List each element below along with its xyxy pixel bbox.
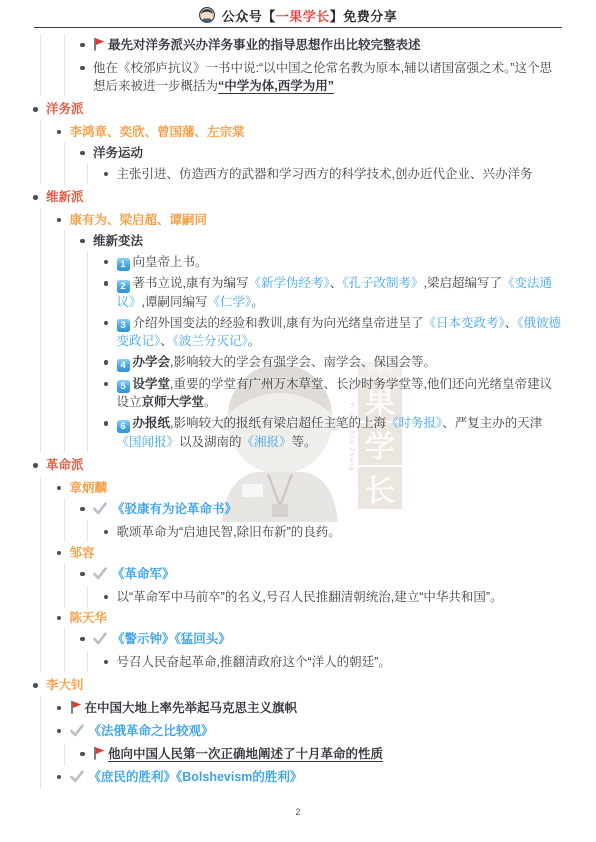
indent-guide (87, 586, 88, 607)
check-icon (70, 724, 84, 742)
indent-guide (64, 563, 65, 586)
text-run: 维新变法 (93, 234, 143, 248)
bullet-dot (104, 595, 109, 600)
text-run: 李大钊 (46, 678, 84, 692)
bullet-dot (104, 660, 109, 665)
number-badge-1-icon: 1 (117, 258, 130, 271)
outline-item: 最先对洋务派兴办洋务事业的指导思想作出比较完整表述 (0, 34, 562, 57)
indent-guide (40, 498, 41, 521)
text-run: 、 (505, 316, 518, 330)
bullet-dot (80, 43, 85, 48)
flag-icon (93, 37, 105, 56)
indent-guide (64, 586, 65, 607)
outline-item: 5设学堂,重要的学堂有广州万木草堂、长沙时务学堂等,他们还向光绪皇帝建议设立京师… (0, 373, 562, 413)
text-run: 著书立说,康有为编写 (133, 276, 249, 290)
indent-guide (40, 521, 41, 542)
indent-guide (40, 607, 41, 628)
text-run: 、 (330, 276, 343, 290)
indent-guide (40, 720, 41, 743)
text-run: 《日本变政考》 (423, 316, 504, 330)
indent-guide (40, 413, 41, 453)
text-run: 以“革命军中马前卒”的名义,号召人民推翻清朝统治,建立“中华共和国”。 (117, 590, 503, 604)
text-run: 京师大学堂 (142, 395, 205, 409)
outline-item: 《庶民的胜利》《Bolshevism的胜利》 (0, 766, 562, 789)
text-run: 《时务报》 (386, 416, 442, 430)
page-footer: 2 (0, 802, 596, 820)
outline-item: 号召人民奋起革命,推翻清政府这个“洋人的朝廷”。 (0, 651, 562, 672)
outline-item: 《警示钟》《猛回头》 (0, 628, 562, 651)
outline-item: 李鸿章、奕欣、曾国藩、左宗棠 (0, 121, 562, 142)
text-run: 在中国大地上率先举起马克思主义旗帜 (85, 701, 298, 715)
text-run: 《驳康有为论革命书》 (112, 502, 237, 516)
indent-guide (87, 373, 88, 413)
bullet-dot (57, 616, 62, 621)
indent-guide (40, 209, 41, 230)
indent-guide (40, 273, 41, 313)
text-run: 。 (248, 334, 261, 348)
bullet-dot (80, 239, 85, 244)
text-run: 号召人民奋起革命,推翻清政府这个“洋人的朝廷”。 (117, 655, 391, 669)
indent-guide (40, 312, 41, 352)
text-run: 维新派 (46, 190, 84, 204)
text-run: “中学为体,西学为用” (218, 79, 334, 93)
outline-item: 以“革命军中马前卒”的名义,号召人民推翻清朝统治,建立“中华共和国”。 (0, 586, 562, 607)
bullet-dot (80, 66, 85, 71)
outline-item: 《驳康有为论革命书》 (0, 498, 562, 521)
indent-guide (64, 57, 65, 96)
bullet-dot (57, 486, 62, 491)
number-badge-3-icon: 3 (117, 319, 130, 332)
text-run: 《湘报》 (242, 435, 292, 449)
text-run: 《警示钟》《猛回头》 (112, 632, 231, 646)
bullet-dot (33, 107, 38, 112)
outline-item: 2著书立说,康有为编写《新学伪经考》、《孔子改制考》,梁启超编写了《变法通议》,… (0, 273, 562, 313)
indent-guide (40, 57, 41, 96)
brand-avatar-icon (199, 7, 215, 23)
text-run: 《国闻报》 (117, 435, 180, 449)
outline-item: 维新变法 (0, 230, 562, 251)
bullet-dot (104, 360, 109, 365)
outline-item: 洋务派 (0, 96, 562, 121)
text-run: 邹容 (70, 546, 95, 560)
text-run: 介绍外国变法的经验和教训,康有为向光绪皇帝进呈了 (133, 316, 424, 330)
header-divider (34, 27, 562, 28)
outline-item: 革命派 (0, 452, 562, 477)
bullet-dot (57, 130, 62, 135)
outline-item: 他向中国人民第一次正确地阐述了十月革命的性质 (0, 743, 562, 766)
indent-guide (40, 163, 41, 184)
indent-guide (40, 142, 41, 163)
text-run: ,影响较大的报纸有梁启超任主笔的上海 (170, 416, 386, 430)
text-run: 、 (160, 334, 173, 348)
bullet-dot (80, 151, 85, 156)
text-run: ,梁启超编写了 (424, 276, 502, 290)
indent-guide (87, 251, 88, 273)
text-run: 等。 (292, 435, 317, 449)
indent-guide (40, 121, 41, 142)
text-run: 革命派 (46, 458, 84, 472)
bullet-dot (104, 321, 109, 326)
bullet-dot (57, 218, 62, 223)
text-run: ,谭嗣同编写 (142, 295, 208, 309)
text-run: 洋务派 (46, 102, 84, 116)
text-run: 《仁学》 (208, 295, 252, 309)
header-title: 公众号【一果学长】免费分享 (222, 6, 398, 25)
text-run: 他向中国人民第一次正确地阐述了十月革命的性质 (108, 747, 383, 761)
check-icon (70, 770, 84, 788)
bullet-dot (80, 572, 85, 577)
indent-guide (87, 651, 88, 672)
indent-guide (64, 628, 65, 651)
indent-guide (87, 163, 88, 184)
text-run: 《新学伪经考》 (248, 276, 329, 290)
bullet-dot (80, 752, 85, 757)
number-badge-2-icon: 2 (117, 280, 130, 293)
indent-guide (64, 352, 65, 374)
check-icon (93, 567, 107, 585)
indent-guide (40, 373, 41, 413)
text-run: 《波兰分灭记》 (173, 334, 248, 348)
bullet-dot (80, 637, 85, 642)
bullet-dot (104, 421, 109, 426)
text-run: 。 (251, 295, 264, 309)
indent-guide (40, 743, 41, 766)
indent-guide (87, 413, 88, 453)
indent-guide (64, 163, 65, 184)
indent-guide (40, 563, 41, 586)
page-number: 2 (295, 807, 300, 817)
bullet-dot (57, 706, 62, 711)
outline-item: 康有为、梁启超、谭嗣同 (0, 209, 562, 230)
indent-guide (87, 352, 88, 374)
indent-guide (40, 651, 41, 672)
text-run: 《革命军》 (112, 567, 175, 581)
check-icon (93, 502, 107, 520)
indent-guide (87, 521, 88, 542)
outline-item: 章炳麟 (0, 477, 562, 498)
outline-item: 6办报纸,影响较大的报纸有梁启超任主笔的上海《时务报》、严复主办的天津《国闻报》… (0, 413, 562, 453)
outline-item: 4办学会,影响较大的学会有强学会、南学会、保国会等。 (0, 352, 562, 374)
text-run: 康有为、梁启超、谭嗣同 (70, 213, 208, 227)
indent-guide (64, 230, 65, 251)
outline-item: 主张引进、仿造西方的武器和学习西方的科学技术,创办近代企业、兴办洋务 (0, 163, 562, 184)
text-run: 《法俄革命之比较观》 (89, 724, 214, 738)
flag-icon (93, 746, 105, 765)
outline-item: 1向皇帝上书。 (0, 251, 562, 273)
bullet-dot (33, 463, 38, 468)
check-icon (93, 632, 107, 650)
bullet-dot (57, 551, 62, 556)
indent-guide (40, 766, 41, 789)
text-run: 设学堂 (133, 377, 171, 391)
indent-guide (64, 498, 65, 521)
outline-item: 在中国大地上率先举起马克思主义旗帜 (0, 697, 562, 720)
outline-item: 《法俄革命之比较观》 (0, 720, 562, 743)
indent-guide (64, 373, 65, 413)
text-run: 、严复主办的天津 (442, 416, 542, 430)
flag-icon (70, 700, 82, 719)
indent-guide (40, 477, 41, 498)
indent-guide (64, 142, 65, 163)
text-run: 办学会 (133, 355, 171, 369)
indent-guide (64, 312, 65, 352)
outline-item: 《革命军》 (0, 563, 562, 586)
indent-guide (64, 521, 65, 542)
text-run: 以及湖南的 (179, 435, 242, 449)
indent-guide (64, 273, 65, 313)
number-badge-5-icon: 5 (117, 380, 130, 393)
indent-guide (40, 628, 41, 651)
outline-item: 李大钊 (0, 672, 562, 697)
text-run: 办报纸 (133, 416, 171, 430)
indent-guide (40, 34, 41, 57)
indent-guide (40, 542, 41, 563)
outline-item: 他在《校邠庐抗议》一书中说:“以中国之伦常名教为原本,辅以诸国富强之术。”这个思… (0, 57, 562, 96)
indent-guide (40, 352, 41, 374)
text-run: 章炳麟 (70, 481, 108, 495)
text-run: 《孔子改制考》 (342, 276, 423, 290)
text-run: 最先对洋务派兴办洋务事业的指导思想作出比较完整表述 (108, 38, 421, 52)
indent-guide (64, 743, 65, 766)
document-page: 公众号【一果学长】免费分享 Yi Guo Xue Zhang 公众号 果 学 长… (0, 0, 596, 842)
indent-guide (40, 586, 41, 607)
indent-guide (64, 251, 65, 273)
indent-guide (40, 230, 41, 251)
outline-item: 邹容 (0, 542, 562, 563)
text-run: 陈天华 (70, 611, 108, 625)
indent-guide (87, 273, 88, 313)
text-run: 向皇帝上书。 (133, 255, 208, 269)
indent-guide (64, 651, 65, 672)
bullet-dot (80, 507, 85, 512)
text-run: 《庶民的胜利》《Bolshevism的胜利》 (89, 770, 303, 784)
bullet-dot (33, 195, 38, 200)
text-run: 洋务运动 (93, 146, 143, 160)
text-run: ,影响较大的学会有强学会、南学会、保国会等。 (170, 355, 436, 369)
outline: 最先对洋务派兴办洋务事业的指导思想作出比较完整表述他在《校邠庐抗议》一书中说:“… (0, 28, 596, 789)
header-brand-name: 一果学长 (276, 9, 330, 24)
header-title-prefix: 公众号【 (222, 9, 276, 24)
bullet-dot (57, 775, 62, 780)
indent-guide (40, 251, 41, 273)
outline-item: 3介绍外国变法的经验和教训,康有为向光绪皇帝进呈了《日本变政考》、《俄彼德变政记… (0, 312, 562, 352)
bullet-dot (57, 729, 62, 734)
outline-item: 洋务运动 (0, 142, 562, 163)
text-run: 。 (204, 395, 217, 409)
outline-item: 陈天华 (0, 607, 562, 628)
header-title-suffix: 】免费分享 (330, 9, 398, 24)
bullet-dot (104, 260, 109, 265)
text-run: 主张引进、仿造西方的武器和学习西方的科学技术,创办近代企业、兴办洋务 (117, 167, 533, 181)
bullet-dot (104, 530, 109, 535)
text-run: 歌颂革命为“启迪民智,除旧布新”的良药。 (117, 525, 341, 539)
bullet-dot (104, 281, 109, 286)
bullet-dot (104, 382, 109, 387)
number-badge-4-icon: 4 (117, 359, 130, 372)
text-run: 李鸿章、奕欣、曾国藩、左宗棠 (70, 125, 245, 139)
indent-guide (87, 312, 88, 352)
bullet-dot (33, 683, 38, 688)
outline-item: 歌颂革命为“启迪民智,除旧布新”的良药。 (0, 521, 562, 542)
outline-item: 维新派 (0, 184, 562, 209)
page-header: 公众号【一果学长】免费分享 (0, 0, 596, 28)
indent-guide (64, 413, 65, 453)
indent-guide (64, 34, 65, 57)
number-badge-6-icon: 6 (117, 420, 130, 433)
bullet-dot (104, 172, 109, 177)
indent-guide (40, 697, 41, 720)
